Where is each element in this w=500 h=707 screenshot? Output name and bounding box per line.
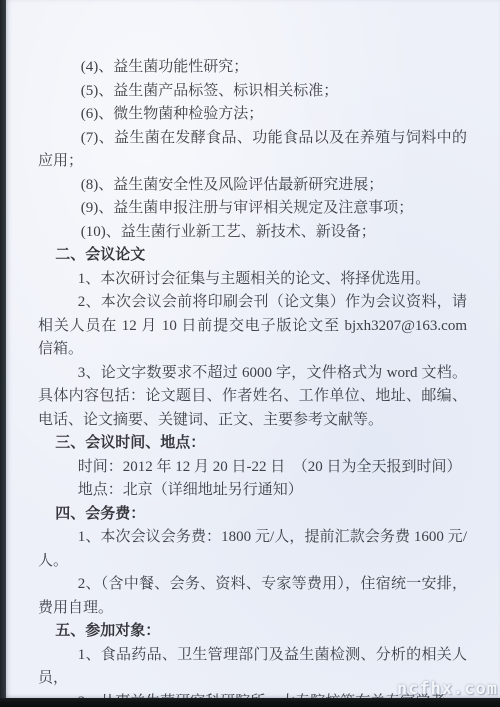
paragraph: 2、（含中餐、会务、资料、专家等费用），住宿统一安排，费用自理。 [38, 573, 467, 620]
section-fees: 四、会务费： 1、本次会议会务费：1800 元/人，提前汇款会务费 1600 元… [38, 503, 467, 621]
section-heading: 四、会务费： [38, 503, 467, 527]
topic-item: (4)、益生菌功能性研究； [38, 56, 467, 80]
topic-list: (4)、益生菌功能性研究； (5)、益生菌产品标签、标识相关标准； (6)、微生… [38, 56, 467, 244]
document-page: (4)、益生菌功能性研究； (5)、益生菌产品标签、标识相关标准； (6)、微生… [6, 0, 500, 698]
paragraph: 1、本次研讨会征集与主题相关的论文、将择优选用。 [38, 268, 467, 292]
section-heading: 二、会议论文 [38, 244, 467, 268]
topic-item: (6)、微生物菌种检验方法； [38, 103, 467, 127]
section-heading: 五、参加对象： [38, 620, 467, 644]
scanned-document: (4)、益生菌功能性研究； (5)、益生菌产品标签、标识相关标准； (6)、微生… [0, 0, 500, 707]
topic-item: (9)、益生菌申报注册与审评相关规定及注意事项； [38, 197, 467, 221]
scanner-edge-bottom [0, 698, 500, 707]
paragraph: 2、本次会议会前将印刷会刊（论文集）作为会议资料，请相关人员在 12 月 10 … [38, 291, 467, 362]
paragraph: 地点：北京（详细地址另行通知） [38, 479, 467, 503]
scanner-edge-left [0, 0, 6, 698]
section-time-place: 三、会议时间、地点： 时间：2012 年 12 月 20 日-22 日 （20 … [38, 432, 467, 503]
watermark: ncfhx.com [397, 681, 498, 698]
topic-item: (8)、益生菌安全性及风险评估最新研究进展； [38, 174, 467, 198]
paragraph: 时间：2012 年 12 月 20 日-22 日 （20 日为全天报到时间） [38, 456, 467, 480]
section-heading: 三、会议时间、地点： [38, 432, 467, 456]
paragraph: 1、本次会议会务费：1800 元/人，提前汇款会务费 1600 元/人。 [38, 526, 467, 573]
topic-item: (10)、益生菌行业新工艺、新技术、新设备； [38, 221, 467, 245]
paragraph: 3、论文字数要求不超过 6000 字，文件格式为 word 文档。具体内容包括：… [38, 362, 467, 433]
topic-item: (7)、益生菌在发酵食品、功能食品以及在养殖与饲料中的应用； [38, 127, 467, 174]
topic-item: (5)、益生菌产品标签、标识相关标准； [38, 80, 467, 104]
section-conference-papers: 二、会议论文 1、本次研讨会征集与主题相关的论文、将择优选用。 2、本次会议会前… [38, 244, 467, 432]
